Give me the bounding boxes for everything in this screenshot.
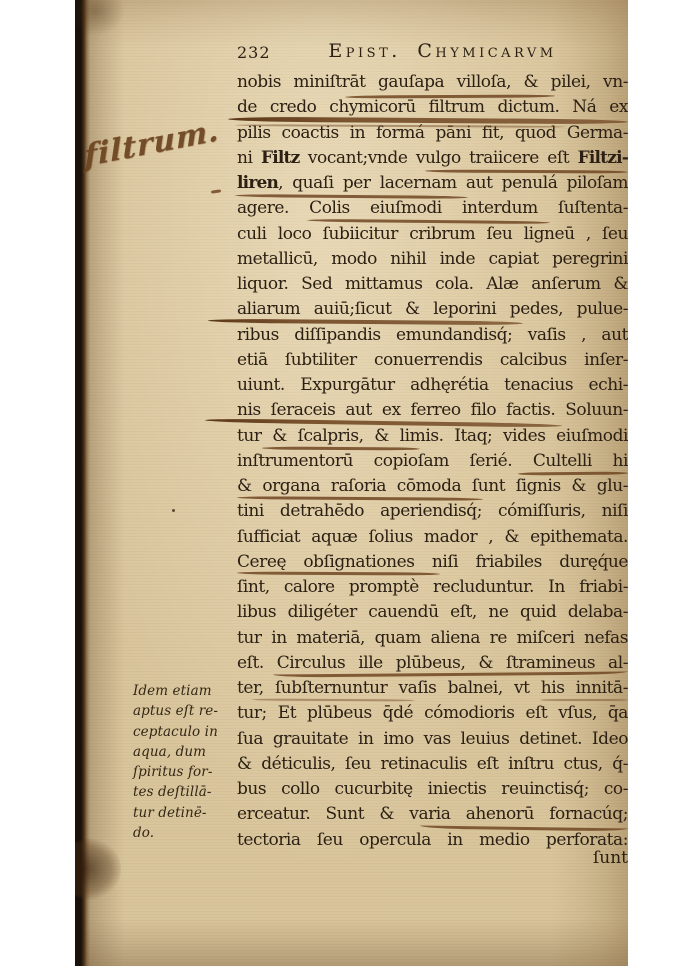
paper-stain — [75, 0, 125, 36]
text-line: & organa raſoria cōmoda ſunt ſignis & gl… — [237, 474, 628, 499]
text-line: tur in materiā, quam aliena re miſceri n… — [237, 626, 628, 651]
text-line: ribus diſſipandis emundandisq́; vaſis , … — [237, 323, 628, 348]
text-line: ſint, calore promptè recluduntur. In fri… — [237, 575, 628, 600]
text-line: metallicū, modo nihil inde capiat peregr… — [237, 247, 628, 272]
text-line: agere. Colis eiuſmodi interdum ſuſtenta- — [237, 196, 628, 221]
running-title: Epist. Chymicarvm — [277, 40, 608, 62]
book-page: 232 Epist. Chymicarvm nobis miniſtrāt ga… — [75, 0, 628, 966]
margin-note-line: tes deſtillā- — [133, 782, 236, 802]
text-line: tur; Et plūbeus q̄dé cómodioris eſt vſus… — [237, 701, 628, 726]
ink-stain — [75, 838, 121, 900]
ink-mark-dot — [172, 509, 175, 512]
body-text: nobis miniſtrāt gauſapa villoſa, & pilei… — [237, 70, 628, 853]
margin-note-line: do. — [133, 823, 236, 843]
margin-note-line: aptus eſt re- — [133, 701, 236, 721]
margin-note-line: ceptaculo in — [133, 722, 236, 742]
text-line: tur & ſcalpris, & limis. Itaq; vides eiu… — [237, 424, 628, 449]
text-line: erceatur. Sunt & varia ahenorū fornacúq; — [237, 802, 628, 827]
text-line: liquor. Sed mittamus cola. Alæ anſerum & — [237, 272, 628, 297]
text-line: libus diligéter cauendū eſt, ne quid del… — [237, 600, 628, 625]
page-number: 232 — [237, 43, 271, 62]
text-line: liren, quaſi per lacernam aut penulá pil… — [237, 171, 628, 196]
text-line: tini detrahēdo aperiendisq́; cómiſſuris,… — [237, 499, 628, 524]
margin-note-line: aqua, dum — [133, 742, 236, 762]
text-line: ſua grauitate in imo vas leuius detinet.… — [237, 727, 628, 752]
ink-underline — [540, 699, 628, 701]
page-header: 232 Epist. Chymicarvm — [237, 40, 628, 64]
blackletter-word: Filtzi- — [578, 148, 628, 168]
text-line: bus collo cucurbitę iniectis reuinctisq́… — [237, 777, 628, 802]
text-line: inſtrumentorū copioſam ſerié. Cultelli h… — [237, 449, 628, 474]
text-line: culi loco ſubiicitur cribrum ſeu ligneū … — [237, 222, 628, 247]
margin-note-line: ſpiritus for- — [133, 762, 236, 782]
blackletter-word: Filtz — [261, 148, 300, 168]
handwritten-margin-note: filtrum. — [84, 109, 242, 175]
ink-mark-dash — [211, 189, 221, 193]
text-line: ter, ſubſternuntur vaſis balnei, vt his … — [237, 676, 628, 701]
margin-note-line: tur detinē- — [133, 803, 236, 823]
blackletter-word: liren — [237, 173, 278, 193]
text-line: etiā ſubtiliter conuerrendis calcibus in… — [237, 348, 628, 373]
printed-margin-note: Idem etiamaptus eſt re-ceptaculo inaqua,… — [133, 681, 236, 843]
text-line: ni Filtz vocant;vnde vulgo traiicere eſt… — [237, 146, 628, 171]
text-line: uiunt. Expurgātur adhęrétia tenacius ech… — [237, 373, 628, 398]
scanned-book-photo: 232 Epist. Chymicarvm nobis miniſtrāt ga… — [0, 0, 690, 976]
text-line: nobis miniſtrāt gauſapa villoſa, & pilei… — [237, 70, 628, 95]
text-line: ſufficiat aquæ ſolius mador , & epithema… — [237, 525, 628, 550]
margin-note-line: Idem etiam — [133, 681, 236, 701]
catchword: ſunt — [237, 848, 628, 868]
text-line: & déticulis, ſeu retinaculis eſt inſtru … — [237, 752, 628, 777]
